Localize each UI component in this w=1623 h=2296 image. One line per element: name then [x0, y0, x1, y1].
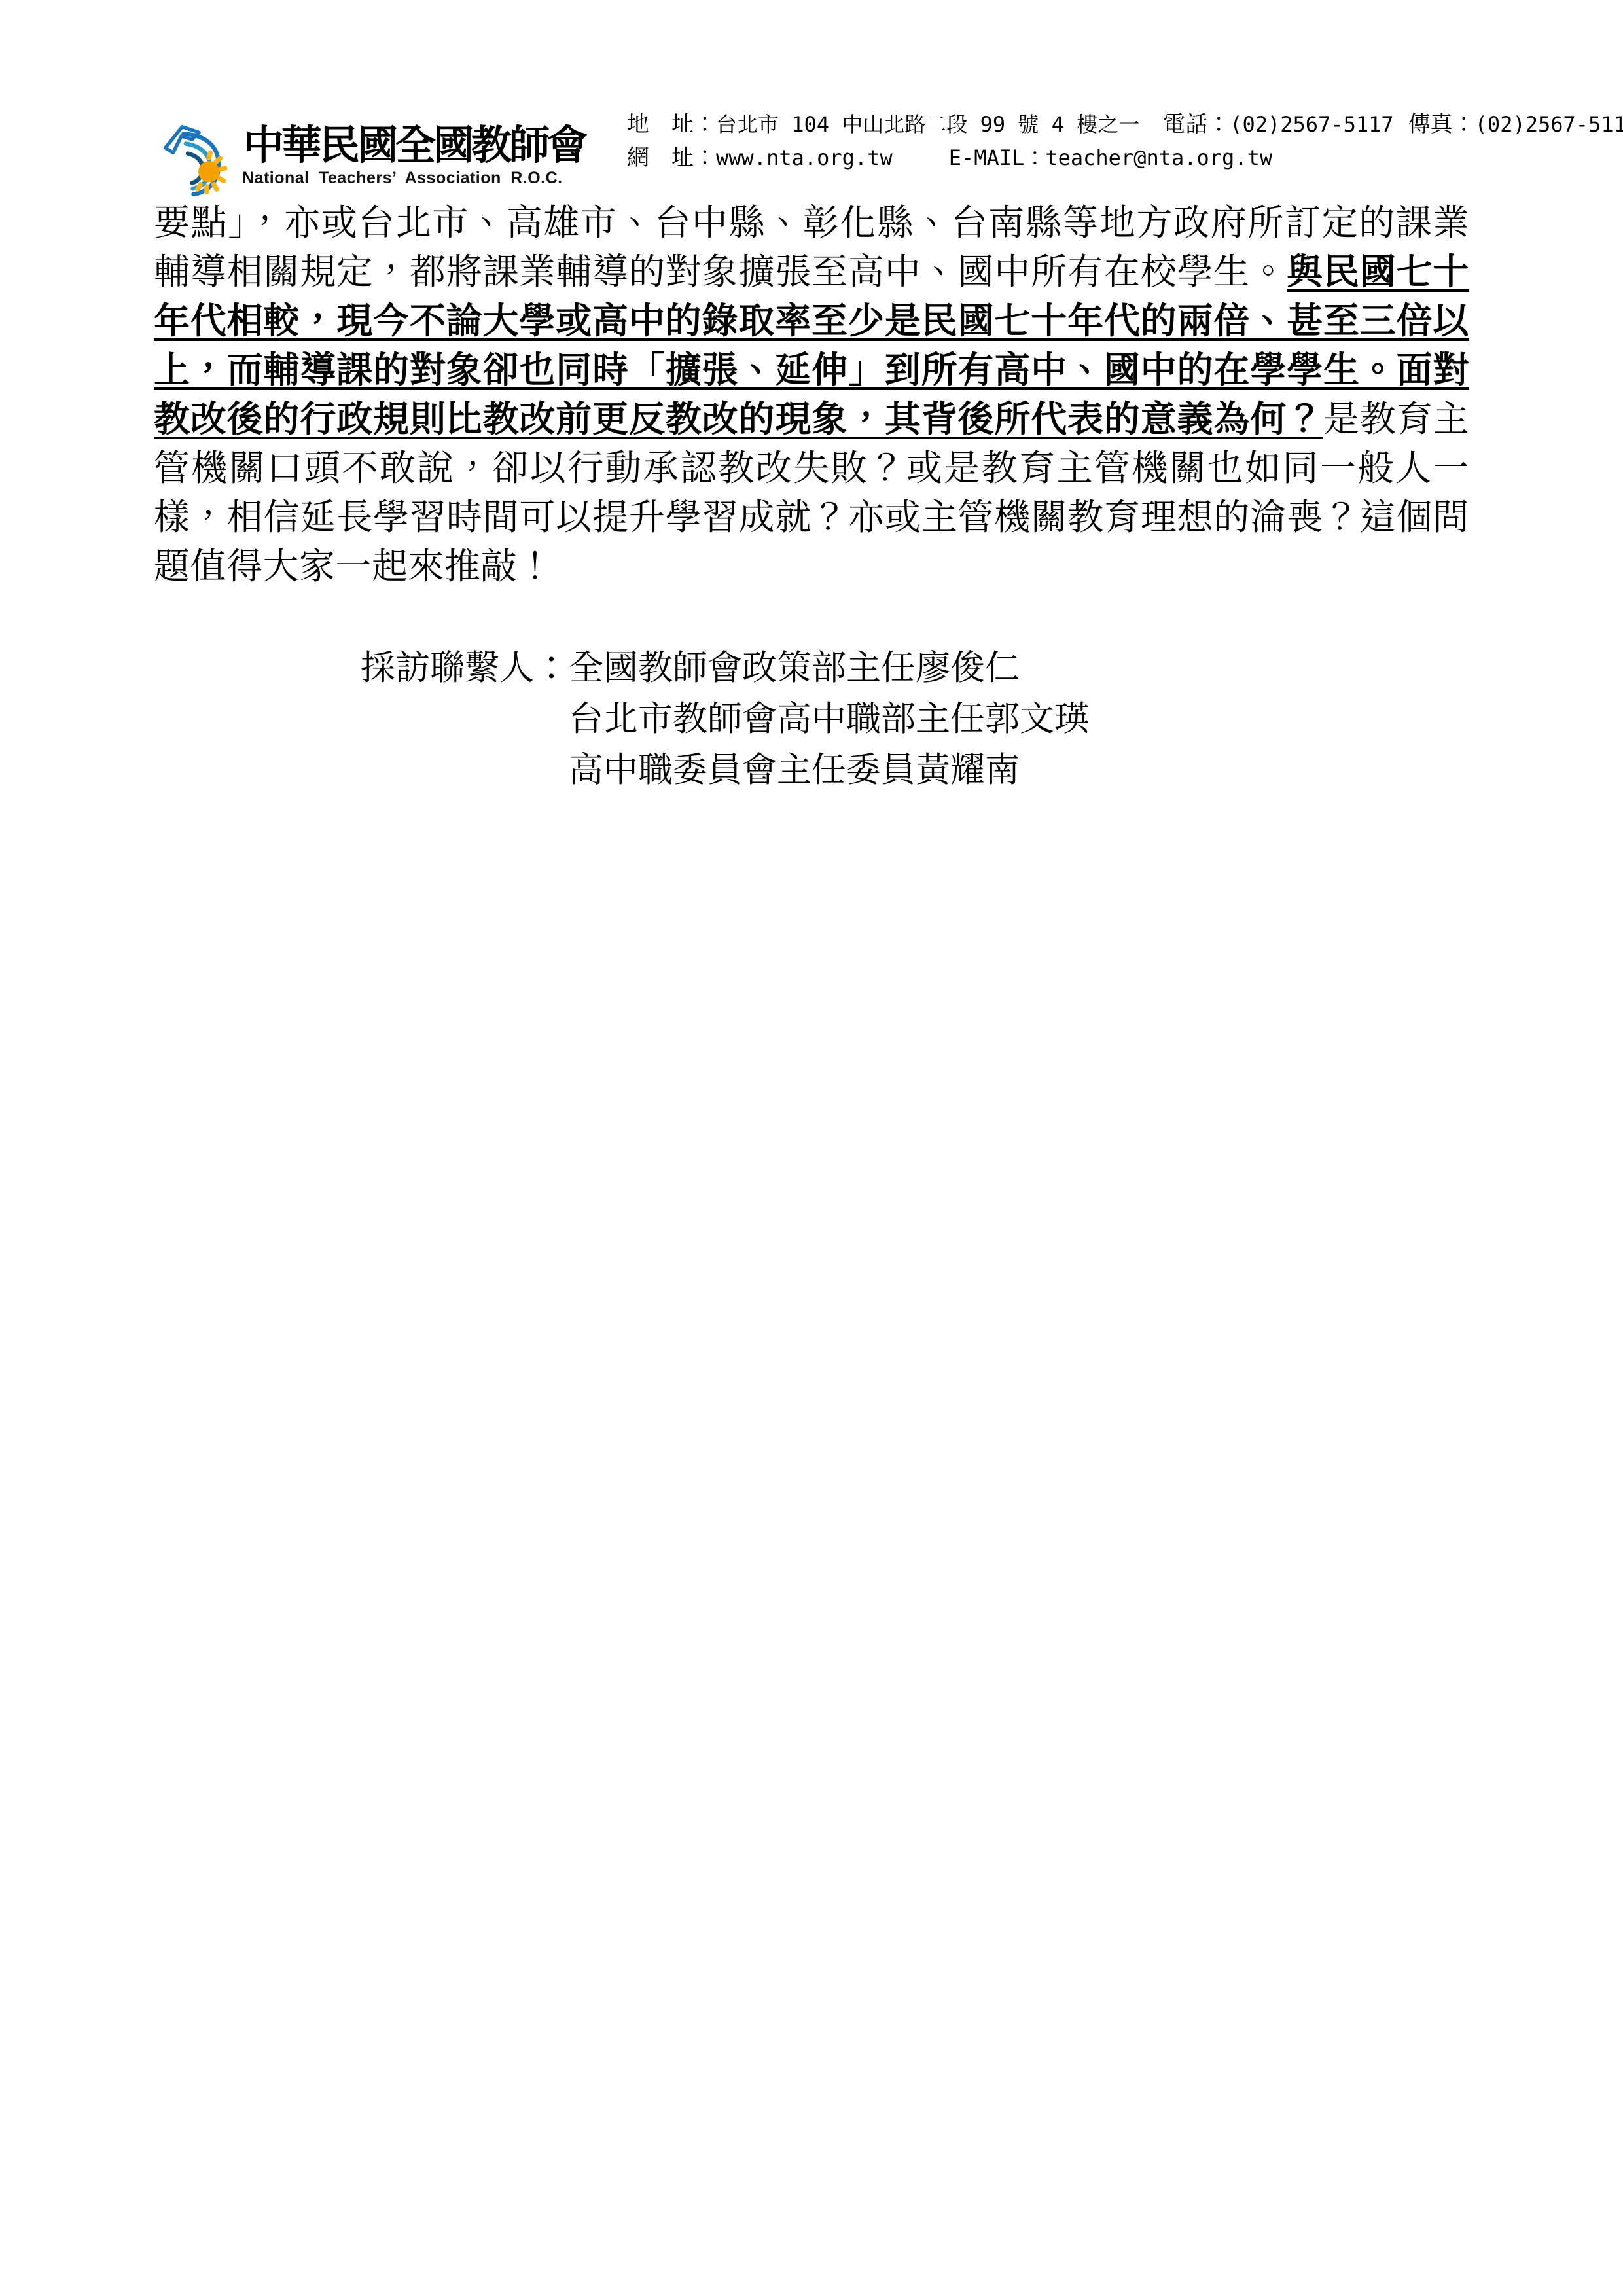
contact-person: 台北市教師會高中職部主任郭文瑛	[569, 694, 1089, 745]
body-text-normal-lead: 要點」，亦或台北市、高雄市、台中縣、彰化縣、台南縣等地方政府所訂定的課業輔導相關…	[154, 203, 1469, 292]
website-value: www.nta.org.tw	[716, 145, 893, 170]
fax-value: (02)2567-5110	[1475, 112, 1623, 137]
letterhead-line-2: 網 址：www.nta.org.twE-MAIL：teacher@nta.org…	[627, 141, 1623, 175]
press-contacts-people: 全國教師會政策部主任廖俊仁 台北市教師會高中職部主任郭文瑛 高中職委員會主任委員…	[569, 643, 1089, 796]
document-page: 中華民國全國教師會 National Teachers’ Association…	[0, 0, 1623, 2296]
email-value: teacher@nta.org.tw	[1045, 145, 1272, 170]
press-contacts-block: 採訪聯繫人： 全國教師會政策部主任廖俊仁 台北市教師會高中職部主任郭文瑛 高中職…	[361, 643, 1089, 796]
letterhead-contact-info: 地 址：台北市 104 中山北路二段 99 號 4 樓之一電話：(02)2567…	[627, 108, 1623, 175]
website-label: 網 址：	[627, 146, 716, 170]
contact-person: 高中職委員會主任委員黃耀南	[569, 745, 1089, 796]
letterhead-line-1: 地 址：台北市 104 中山北路二段 99 號 4 樓之一電話：(02)2567…	[627, 108, 1623, 141]
address-label: 地 址：	[627, 113, 716, 137]
nta-logo-icon	[159, 120, 236, 197]
press-release-paragraph: 要點」，亦或台北市、高雄市、台中縣、彰化縣、台南縣等地方政府所訂定的課業輔導相關…	[154, 198, 1469, 591]
contact-person: 全國教師會政策部主任廖俊仁	[569, 643, 1089, 694]
email-label: E-MAIL：	[949, 145, 1046, 170]
org-name-zh: 中華民國全國教師會	[243, 113, 558, 171]
org-name-en: National Teachers’ Association R.O.C.	[242, 169, 563, 188]
fax-label: 傳真：	[1408, 113, 1475, 137]
phone-label: 電話：	[1163, 113, 1230, 137]
phone-value: (02)2567-5117	[1230, 112, 1393, 137]
press-contacts-label: 採訪聯繫人：	[361, 643, 569, 694]
address-value: 台北市 104 中山北路二段 99 號 4 樓之一	[716, 112, 1139, 137]
